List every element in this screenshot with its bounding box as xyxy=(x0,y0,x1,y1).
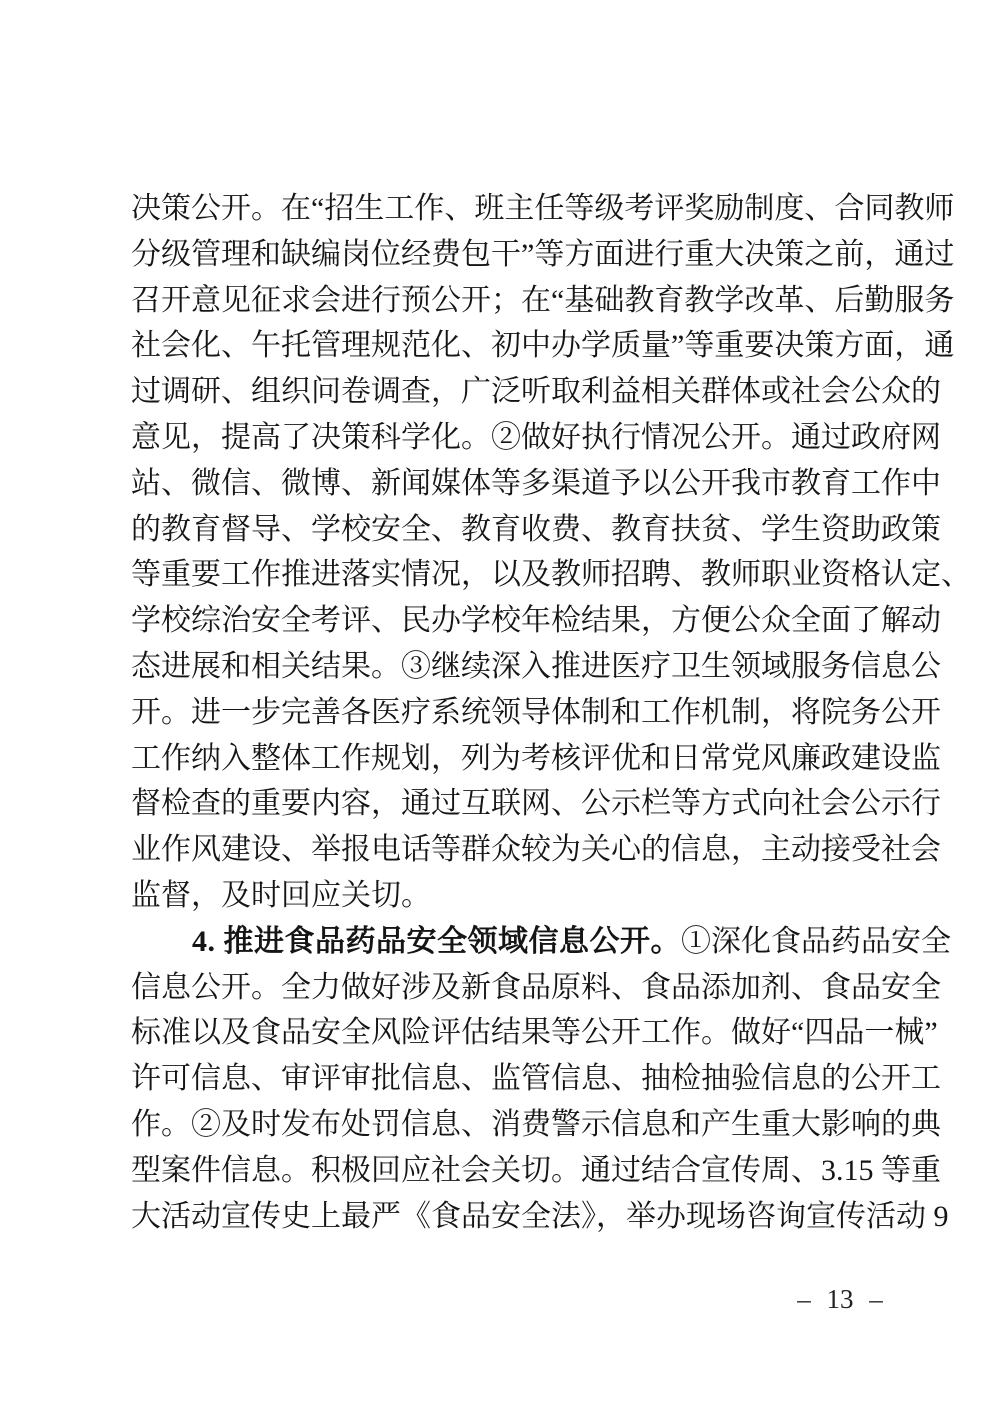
text-line: 社会化、午托管理规范化、初中办学质量”等重要决策方面，通 xyxy=(131,323,881,369)
text-line: 信息公开。全力做好涉及新食品原料、食品添加剂、食品安全 xyxy=(131,965,881,1011)
text-line-paragraph-end: 监督，及时回应关切。 xyxy=(131,873,881,919)
text-line: 作。②及时发布处罚信息、消费警示信息和产生重大影响的典 xyxy=(131,1102,881,1148)
text-line: 等重要工作推进落实情况，以及教师招聘、教师职业资格认定、 xyxy=(131,552,881,598)
section-heading-continuation: ①深化食品药品安全 xyxy=(681,925,951,958)
text-line: 工作纳入整体工作规划，列为考核评优和日常党风廉政建设监 xyxy=(131,736,881,782)
text-line: 分级管理和缺编岗位经费包干”等方面进行重大决策之前，通过 xyxy=(131,232,881,278)
text-line: 业作风建设、举报电话等群众较为关心的信息，主动接受社会 xyxy=(131,827,881,873)
text-line: 学校综治安全考评、民办学校年检结果，方便公众全面了解动 xyxy=(131,598,881,644)
section-heading: 4. 推进食品药品安全领域信息公开。 xyxy=(192,925,681,958)
text-line: 大活动宣传史上最严《食品安全法》，举办现场咨询宣传活动 9 xyxy=(131,1194,881,1240)
text-line: 标准以及食品安全风险评估结果等公开工作。做好“四品一械” xyxy=(131,1010,881,1056)
text-line-section-start: 4. 推进食品药品安全领域信息公开。①深化食品药品安全 xyxy=(131,919,881,965)
text-line: 开。进一步完善各医疗系统领导体制和工作机制，将院务公开 xyxy=(131,690,881,736)
text-line: 型案件信息。积极回应社会关切。通过结合宣传周、3.15 等重 xyxy=(131,1148,881,1194)
text-line: 意见，提高了决策科学化。②做好执行情况公开。通过政府网 xyxy=(131,415,881,461)
text-line: 许可信息、审评审批信息、监管信息、抽检抽验信息的公开工 xyxy=(131,1056,881,1102)
text-line: 过调研、组织问卷调查，广泛听取利益相关群体或社会公众的 xyxy=(131,369,881,415)
document-page: 决策公开。在“招生工作、班主任等级考评奖励制度、合同教师 分级管理和缺编岗位经费… xyxy=(0,0,1000,1414)
page-body-text: 决策公开。在“招生工作、班主任等级考评奖励制度、合同教师 分级管理和缺编岗位经费… xyxy=(131,186,881,1239)
text-line: 召开意见征求会进行预公开；在“基础教育教学改革、后勤服务 xyxy=(131,278,881,324)
page-number: – 13 – xyxy=(775,1284,905,1315)
text-line: 的教育督导、学校安全、教育收费、教育扶贫、学生资助政策 xyxy=(131,507,881,553)
text-line: 督检查的重要内容，通过互联网、公示栏等方式向社会公示行 xyxy=(131,781,881,827)
text-line: 站、微信、微博、新闻媒体等多渠道予以公开我市教育工作中 xyxy=(131,461,881,507)
text-line: 态进展和相关结果。③继续深入推进医疗卫生领域服务信息公 xyxy=(131,644,881,690)
text-line: 决策公开。在“招生工作、班主任等级考评奖励制度、合同教师 xyxy=(131,186,881,232)
